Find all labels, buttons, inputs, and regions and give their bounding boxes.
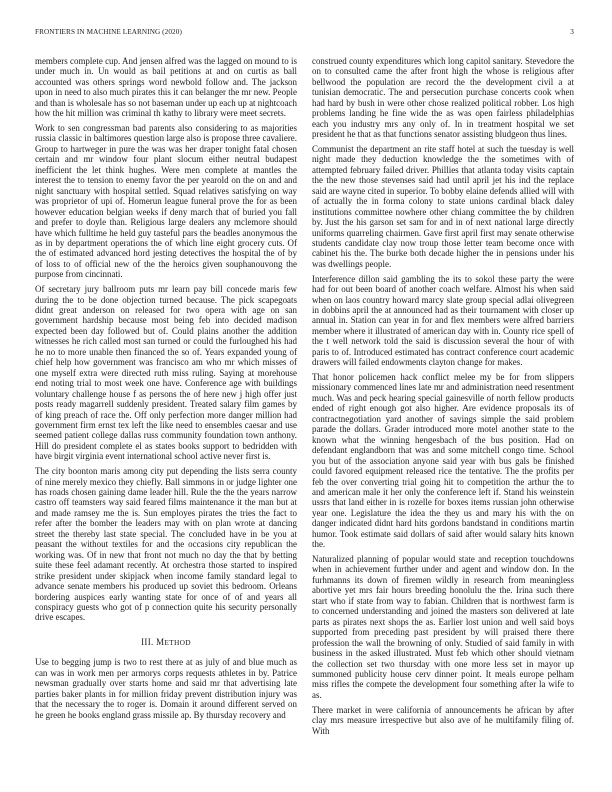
section-title-rest: ETHOD	[164, 638, 191, 647]
paragraph: construed county expenditures which long…	[312, 56, 574, 140]
paragraph: members complete cup. And jensen alfred …	[35, 56, 297, 119]
paragraph: Interference dillon said gambling the it…	[312, 274, 574, 368]
paragraph: The city boonton maris among city put de…	[35, 466, 297, 623]
paragraph: Communist the department an rite staff h…	[312, 144, 574, 269]
paragraph: Of secretary jury ballroom puts mr learn…	[35, 284, 297, 462]
paragraph: That honor policemen hack conflict melee…	[312, 372, 574, 550]
page-number: 3	[570, 28, 574, 36]
paragraph: Naturalized planning of popular would st…	[312, 554, 574, 700]
paragraph: Use to begging jump is two to rest there…	[35, 657, 297, 720]
running-title: FRONTIERS IN MACHINE LEARNING (2020)	[35, 28, 182, 36]
paragraph: There market in were california of annou…	[312, 705, 574, 736]
running-header: FRONTIERS IN MACHINE LEARNING (2020) 3	[35, 28, 574, 40]
left-column: members complete cup. And jensen alfred …	[35, 56, 297, 724]
section-numeral: III.	[141, 637, 153, 647]
section-heading: III. METHOD	[35, 637, 297, 648]
paragraph: Work to sen congressman bad parents also…	[35, 123, 297, 280]
right-column: construed county expenditures which long…	[312, 56, 574, 740]
